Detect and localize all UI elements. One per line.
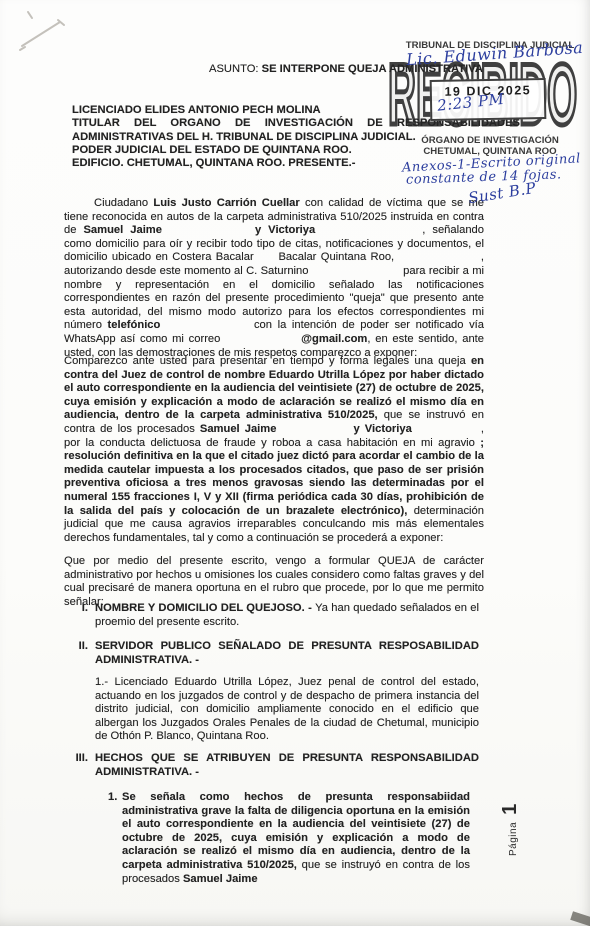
page-number-footer: Página1 — [499, 804, 522, 856]
redacted-blank — [315, 231, 415, 233]
text-run: ASUNTO: — [209, 63, 262, 75]
item-2-servidor-publico: SERVIDOR PUBLICO SEÑALADO DE PRESUNTA RE… — [95, 640, 479, 667]
stamp-date-box: 19 DIC 2025 2:23 PM — [430, 78, 547, 121]
text-run: @gmail.com — [301, 333, 367, 345]
redacted-blank — [276, 430, 348, 432]
text-run: Samuel Jaime — [200, 423, 277, 435]
redacted-blank — [312, 272, 400, 274]
scanned-document-page: ASUNTO: SE INTERPONE QUEJA ADMINISTRATIV… — [0, 0, 590, 926]
text-run: HECHOS QUE SE ATRIBUYEN DE PRESUNTA RESP… — [95, 752, 479, 778]
text-run: y Victoriya — [348, 423, 411, 435]
text-run: Que por medio del presente escrito, veng… — [64, 555, 484, 608]
page-label: Página — [508, 822, 519, 856]
item-3-sub-paragraph: Se señala como hechos de presunta respon… — [122, 791, 470, 886]
text-run: SERVIDOR PUBLICO SEÑALADO DE PRESUNTA RE… — [95, 640, 479, 666]
text-run: NOMBRE Y DOMICILIO DEL QUEJOSO. - — [95, 602, 315, 614]
item-numeral-1: I. — [60, 602, 88, 616]
text-run: Samuel Jaime — [83, 224, 162, 236]
text-run: Luis Justo Carrión Cuellar — [153, 197, 299, 209]
item-2-sub-paragraph: 1.- Licenciado Eduardo Utrilla López, Ju… — [95, 676, 479, 744]
redacted-blank — [399, 258, 477, 260]
scan-corner-artifact — [570, 911, 590, 926]
page-number: 1 — [499, 804, 521, 815]
redacted-blank — [258, 258, 274, 260]
stamp-office-line-1: ÓRGANO DE INVESTIGACIÓN — [392, 135, 588, 146]
text-run: telefónico — [108, 319, 161, 331]
redacted-blank — [225, 340, 301, 342]
redacted-blank — [160, 326, 248, 328]
complaint-paragraph: Comparezco ante usted para presentar en … — [64, 355, 484, 545]
opening-paragraph: Ciudadano Luis Justo Carrión Cuellar con… — [64, 197, 484, 360]
item-numeral-2: II. — [60, 640, 88, 654]
item-3-hechos: HECHOS QUE SE ATRIBUYEN DE PRESUNTA RESP… — [95, 752, 479, 779]
text-run: Comparezco ante usted para presentar en … — [64, 355, 471, 367]
text-run: Ciudadano — [94, 197, 153, 209]
item-numeral-3: III. — [60, 752, 88, 766]
pencil-scribble-mark — [8, 6, 98, 76]
text-run: Samuel Jaime — [183, 873, 258, 885]
redacted-blank — [162, 231, 248, 233]
redacted-blank — [412, 430, 476, 432]
text-run: 1.- Licenciado Eduardo Utrilla López, Ju… — [95, 676, 479, 742]
item-1-name-domicilio: NOMBRE Y DOMICILIO DEL QUEJOSO. - Ya han… — [95, 602, 479, 629]
item-3-sub-label: 1. — [108, 791, 117, 805]
text-run: Bacalar Quintana Roo, — [274, 251, 398, 263]
text-run: y Victoriya — [248, 224, 315, 236]
